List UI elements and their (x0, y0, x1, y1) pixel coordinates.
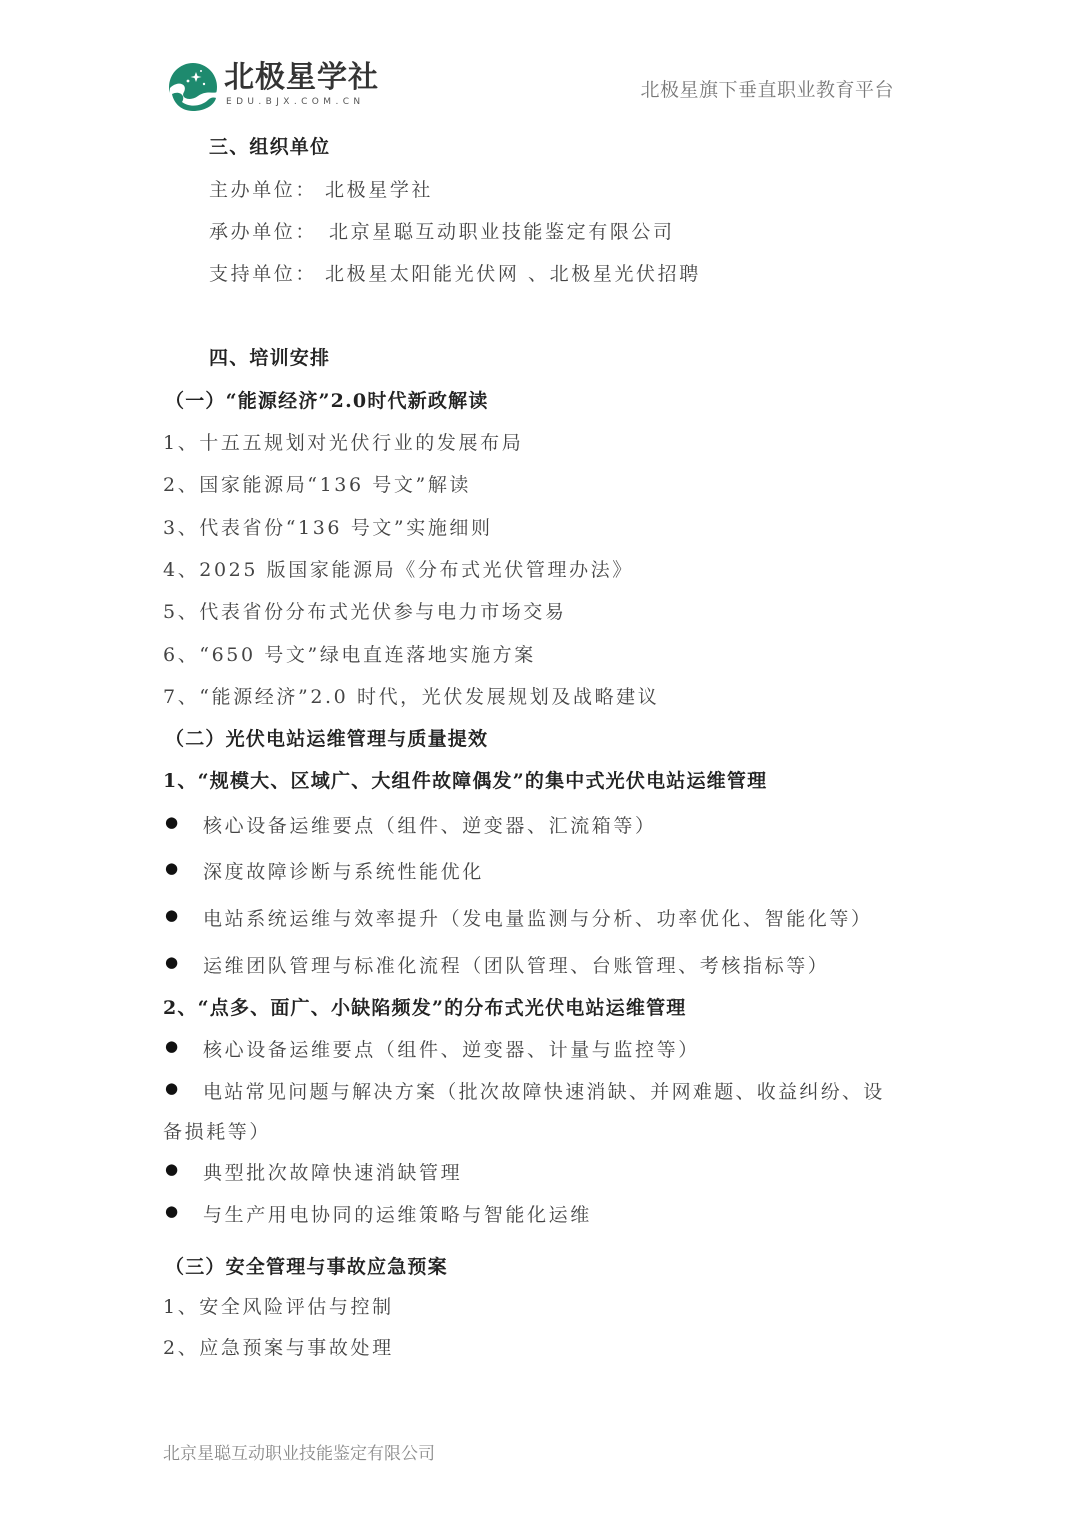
list-item: 2、应急预案与事故处理 (163, 1333, 394, 1360)
footer-company: 北京星聪互动职业技能鉴定有限公司 (163, 1439, 435, 1464)
bullet-icon: ● (165, 906, 178, 924)
organizer-value: 北极星太阳能光伏网 、北极星光伏招聘 (325, 263, 701, 285)
sub-title: 1、“规模大、区域广、大组件故障偶发”的集中式光伏电站运维管理 (163, 766, 767, 793)
bullet-item-continuation: 备损耗等） (163, 1117, 271, 1144)
bullet-icon: ● (165, 1202, 178, 1220)
bullet-icon: ● (165, 813, 178, 831)
bullet-item: 深度故障诊断与系统性能优化 (203, 857, 484, 884)
list-item: 4、2025 版国家能源局《分布式光伏管理办法》 (163, 555, 634, 582)
bullet-item: 电站常见问题与解决方案（批次故障快速消缺、并网难题、收益纠纷、设 (203, 1077, 885, 1104)
north-star-logo-icon (168, 62, 218, 112)
organizer-label: 主办单位： (209, 179, 317, 201)
bullet-icon: ● (165, 953, 178, 971)
list-item: 5、代表省份分布式光伏参与电力市场交易 (163, 597, 567, 624)
bullet-icon: ● (165, 1079, 178, 1097)
part-title: （三）安全管理与事故应急预案 (165, 1252, 448, 1279)
organizer-row: 主办单位：北极星学社 (209, 175, 433, 202)
bullet-item: 与生产用电协同的运维策略与智能化运维 (203, 1200, 592, 1227)
bullet-item: 电站系统运维与效率提升（发电量监测与分析、功率优化、智能化等） (203, 904, 873, 931)
page-header: 北极星学社 EDU.BJX.COM.CN 北极星旗下垂直职业教育平台 (0, 0, 1080, 120)
list-item: 1、安全风险评估与控制 (163, 1292, 394, 1319)
list-item: 6、“650 号文”绿电直连落地实施方案 (163, 640, 536, 667)
bullet-icon: ● (165, 859, 178, 877)
organizer-row: 支持单位：北极星太阳能光伏网 、北极星光伏招聘 (209, 259, 701, 286)
section-title-organizers: 三、组织单位 (209, 132, 330, 159)
list-item: 3、代表省份“136 号文”实施细则 (163, 513, 493, 540)
bullet-icon: ● (165, 1160, 178, 1178)
list-item: 2、国家能源局“136 号文”解读 (163, 470, 471, 497)
part-title: （一）“能源经济”2.0时代新政解读 (165, 386, 489, 413)
organizer-label: 承办单位： (209, 221, 317, 243)
part-title: （二）光伏电站运维管理与质量提效 (165, 724, 488, 751)
organizer-value: 北极星学社 (325, 179, 433, 201)
bullet-item: 典型批次故障快速消缺管理 (203, 1158, 462, 1185)
logo: 北极星学社 EDU.BJX.COM.CN (168, 60, 388, 112)
organizer-label: 支持单位： (209, 263, 317, 285)
bullet-icon: ● (165, 1037, 178, 1055)
logo-url: EDU.BJX.COM.CN (226, 97, 365, 107)
list-item: 7、“能源经济”2.0 时代，光伏发展规划及战略建议 (163, 682, 659, 709)
bullet-item: 运维团队管理与标准化流程（团队管理、台账管理、考核指标等） (203, 951, 829, 978)
bullet-item: 核心设备运维要点（组件、逆变器、计量与监控等） (203, 1035, 700, 1062)
sub-title: 2、“点多、面广、小缺陷频发”的分布式光伏电站运维管理 (163, 993, 686, 1020)
bullet-item: 核心设备运维要点（组件、逆变器、汇流箱等） (203, 811, 657, 838)
list-item: 1、十五五规划对光伏行业的发展布局 (163, 428, 523, 455)
organizer-row: 承办单位：北京星聪互动职业技能鉴定有限公司 (209, 217, 675, 244)
organizer-value: 北京星聪互动职业技能鉴定有限公司 (329, 221, 675, 243)
header-tagline: 北极星旗下垂直职业教育平台 (640, 75, 894, 102)
section-title-training: 四、培训安排 (209, 343, 330, 370)
logo-name: 北极星学社 (224, 60, 379, 96)
